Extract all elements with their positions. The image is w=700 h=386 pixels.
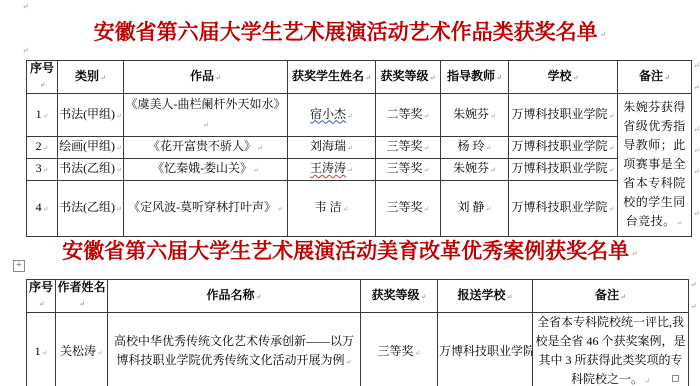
cell-category[interactable]: 绘画(甲组) [58, 137, 124, 159]
table-row: 4 书法(乙组) 《定风波-莫听穿林打叶声》 韦 洁 三等奖 刘 静 万博科技职… [27, 181, 692, 237]
cell-no[interactable]: 1 [27, 313, 56, 386]
title-artworks-award-list[interactable]: 安徽省第六届大学生艺术展演活动艺术作品类获奖名单 [0, 16, 700, 46]
cell-no[interactable]: 4 [27, 181, 58, 237]
col-header-remark[interactable]: 备注 [618, 61, 692, 94]
col-header-remark[interactable]: 备注 [533, 280, 689, 313]
cell-student[interactable]: 王涛涛 [288, 159, 376, 181]
spellcheck-underlined-name: 宿小杰 [310, 107, 346, 121]
col-header-school[interactable]: 学校 [509, 61, 618, 94]
cell-school[interactable]: 万博科技职业学院 [509, 137, 618, 159]
cell-award[interactable]: 三等奖 [376, 181, 441, 237]
cell-school[interactable]: 万博科技职业学院 [509, 181, 618, 237]
table-row: 1 关松涛 高校中华优秀传统文化艺术传承创新——以万博科技职业学院优秀传统文化活… [27, 313, 689, 386]
row-end-mark-icon [693, 168, 700, 176]
cell-teacher[interactable]: 朱婉芬 [441, 94, 509, 137]
row-end-mark-icon [693, 210, 700, 218]
table-header-row: 序号 作者姓名 作品名称 获奖等级 报送学校 备注 [27, 280, 689, 313]
cell-student[interactable]: 韦 洁 [288, 181, 376, 237]
col-header-no[interactable]: 序号 [27, 280, 56, 313]
table-row: 2 绘画(甲组) 《花开富贵不骄人》 刘海瑞 三等奖 杨 玲 万博科技职业学院 [27, 137, 692, 159]
cell-work[interactable]: 《花开富贵不骄人》 [124, 137, 288, 159]
cell-work[interactable]: 《定风波-莫听穿林打叶声》 [124, 181, 288, 237]
row-end-mark-icon [690, 281, 697, 289]
cell-author[interactable]: 关松涛 [56, 313, 108, 386]
col-header-category[interactable]: 类别 [58, 61, 124, 94]
col-header-work-title[interactable]: 作品名称 [108, 280, 361, 313]
cell-teacher[interactable]: 杨 玲 [441, 137, 509, 159]
spellcheck-underlined-name: 王涛涛 [310, 161, 346, 175]
cell-remark-annotation[interactable]: 朱婉芬获得省级优秀指导教师；此项赛事是全省本专科院校的学生同台竞技。 [618, 94, 692, 237]
cell-teacher[interactable]: 朱婉芬 [441, 159, 509, 181]
pilcrow-mark-icon [22, 3, 29, 11]
cell-no[interactable]: 3 [27, 159, 58, 181]
col-header-no[interactable]: 序号 [27, 61, 58, 94]
row-end-mark-icon [693, 147, 700, 155]
cell-work[interactable]: 《忆秦娥-娄山关》 [124, 159, 288, 181]
cell-category[interactable]: 书法(乙组) [58, 159, 124, 181]
pilcrow-mark-icon [22, 47, 29, 55]
col-header-submitting-school[interactable]: 报送学校 [438, 280, 533, 313]
title-aesthetic-education-award-list[interactable]: 安徽省第六届大学生艺术展演活动美育改革优秀案例获奖名单 [0, 235, 700, 265]
artworks-award-table: 序号 类别 作品 获奖学生姓名 获奖等级 指导教师 学校 备注 1 书法(甲组)… [26, 60, 692, 237]
cell-teacher[interactable]: 刘 静 [441, 181, 509, 237]
cell-remark-annotation[interactable]: 全省本专科院校统一评比,我校是全省 46 个获奖案例，是其中 3 所获得此类奖项… [533, 313, 689, 386]
cell-work-title[interactable]: 高校中华优秀传统文化艺术传承创新——以万博科技职业学院优秀传统文化活动开展为例 [108, 313, 361, 386]
cell-no[interactable]: 2 [27, 137, 58, 159]
cell-award[interactable]: 三等奖 [376, 137, 441, 159]
cell-submitting-school[interactable]: 万博科技职业学院 [438, 313, 533, 386]
cell-category[interactable]: 书法(乙组) [58, 181, 124, 237]
cell-work[interactable]: 《虞美人-曲栏阑杆外天如水》 [124, 94, 288, 137]
aesthetic-education-award-table: 序号 作者姓名 作品名称 获奖等级 报送学校 备注 1 关松涛 高校中华优秀传统… [26, 279, 689, 386]
row-end-mark-icon [690, 303, 697, 311]
cell-award[interactable]: 三等奖 [361, 313, 438, 386]
row-end-mark-icon [693, 126, 700, 134]
row-end-mark-icon [693, 84, 700, 92]
cell-school[interactable]: 万博科技职业学院 [509, 159, 618, 181]
table-resize-handle-icon[interactable] [672, 375, 679, 382]
row-end-mark-icon [693, 62, 700, 70]
col-header-work[interactable]: 作品 [124, 61, 288, 94]
col-header-teacher[interactable]: 指导教师 [441, 61, 509, 94]
table-row: 3 书法(乙组) 《忆秦娥-娄山关》 王涛涛 三等奖 朱婉芬 万博科技职业学院 [27, 159, 692, 181]
word-document-page: 安徽省第六届大学生艺术展演活动艺术作品类获奖名单 安徽省第六届大学生艺术展演活动… [0, 0, 700, 386]
cell-award[interactable]: 三等奖 [376, 159, 441, 181]
cell-school[interactable]: 万博科技职业学院 [509, 94, 618, 137]
col-header-author[interactable]: 作者姓名 [56, 280, 108, 313]
cell-student[interactable]: 宿小杰 [288, 94, 376, 137]
cell-student[interactable]: 刘海瑞 [288, 137, 376, 159]
table-move-handle-icon[interactable] [13, 260, 25, 272]
col-header-award[interactable]: 获奖等级 [361, 280, 438, 313]
table-row: 1 书法(甲组) 《虞美人-曲栏阑杆外天如水》 宿小杰 二等奖 朱婉芬 万博科技… [27, 94, 692, 137]
col-header-award[interactable]: 获奖等级 [376, 61, 441, 94]
cell-category[interactable]: 书法(甲组) [58, 94, 124, 137]
cell-no[interactable]: 1 [27, 94, 58, 137]
cell-award[interactable]: 二等奖 [376, 94, 441, 137]
col-header-student[interactable]: 获奖学生姓名 [288, 61, 376, 94]
table-header-row: 序号 类别 作品 获奖学生姓名 获奖等级 指导教师 学校 备注 [27, 61, 692, 94]
